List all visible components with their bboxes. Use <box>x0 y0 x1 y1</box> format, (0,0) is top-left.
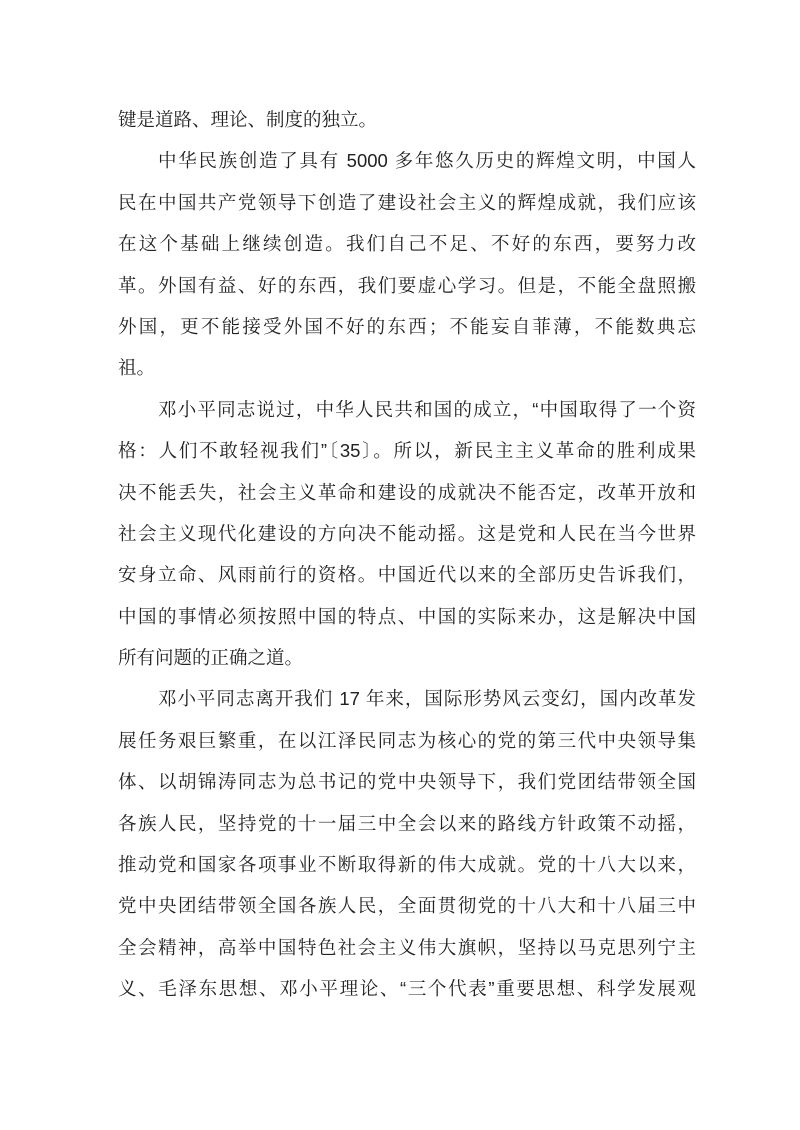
text-line: 键是道路、理论、制度的独立。 <box>118 99 696 140</box>
text-line: 党中央团结带领全国各族人民，全面贯彻党的十八大和十八届三中 <box>118 885 696 926</box>
text-line: 邓小平同志说过，中华人民共和国的成立，“中国取得了一个资 <box>118 389 696 430</box>
text-line: 决不能丢失，社会主义革命和建设的成就决不能否定，改革开放和 <box>118 472 696 513</box>
text-line: 祖。 <box>118 347 696 388</box>
text-line: 所有问题的正确之道。 <box>118 637 696 678</box>
text-line: 各族人民，坚持党的十一届三中全会以来的路线方针政策不动摇， <box>118 803 696 844</box>
text-line: 义、毛泽东思想、邓小平理论、“三个代表”重要思想、科学发展观 <box>118 968 696 1009</box>
document-page: 键是道路、理论、制度的独立。中华民族创造了具有 5000 多年悠久历史的辉煌文明… <box>0 0 800 1130</box>
text-line: 展任务艰巨繁重，在以江泽民同志为核心的党的第三代中央领导集 <box>118 720 696 761</box>
text-line: 中华民族创造了具有 5000 多年悠久历史的辉煌文明，中国人 <box>118 140 696 181</box>
text-line: 革。外国有益、好的东西，我们要虚心学习。但是，不能全盘照搬 <box>118 265 696 306</box>
text-line: 全会精神，高举中国特色社会主义伟大旗帜，坚持以马克思列宁主 <box>118 927 696 968</box>
text-line: 外国，更不能接受外国不好的东西；不能妄自菲薄，不能数典忘 <box>118 306 696 347</box>
text-line: 邓小平同志离开我们 17 年来，国际形势风云变幻，国内改革发 <box>118 678 696 719</box>
text-line: 在这个基础上继续创造。我们自己不足、不好的东西，要努力改 <box>118 223 696 264</box>
document-text-block: 键是道路、理论、制度的独立。中华民族创造了具有 5000 多年悠久历史的辉煌文明… <box>118 99 696 1010</box>
text-line: 推动党和国家各项事业不断取得新的伟大成就。党的十八大以来， <box>118 844 696 885</box>
text-line: 社会主义现代化建设的方向决不能动摇。这是党和人民在当今世界 <box>118 513 696 554</box>
text-line: 安身立命、风雨前行的资格。中国近代以来的全部历史告诉我们， <box>118 554 696 595</box>
text-line: 民在中国共产党领导下创造了建设社会主义的辉煌成就，我们应该 <box>118 182 696 223</box>
text-line: 格：人们不敢轻视我们”〔35〕。所以，新民主主义革命的胜利成果 <box>118 430 696 471</box>
text-line: 中国的事情必须按照中国的特点、中国的实际来办，这是解决中国 <box>118 596 696 637</box>
text-line: 体、以胡锦涛同志为总书记的党中央领导下，我们党团结带领全国 <box>118 761 696 802</box>
